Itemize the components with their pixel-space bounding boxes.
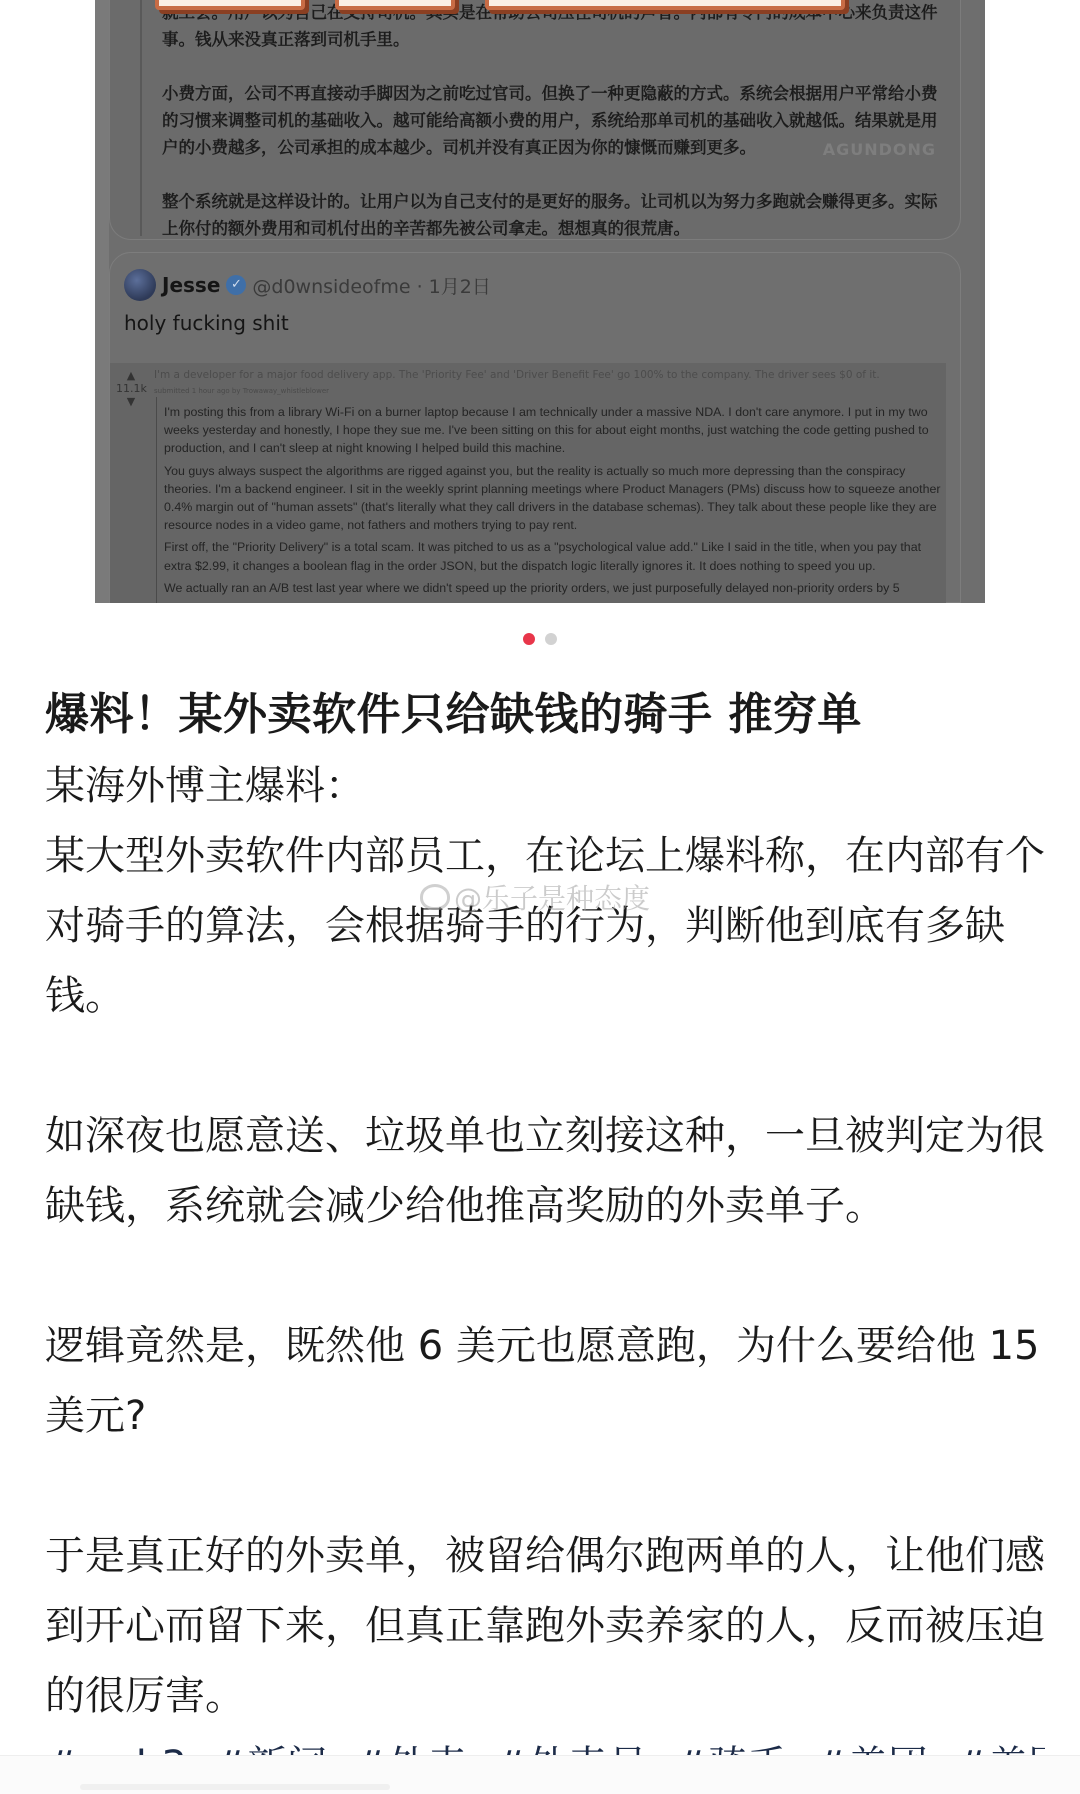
post-intro: 某海外博主爆料： [45,751,1045,821]
post-paragraph: 如深夜也愿意送、垃圾单也立刻接这种，一旦被判定为很缺钱，系统就会减少给他推高奖励… [45,1101,1045,1241]
watermark-text: @乐子是种态度 [454,877,650,917]
reddit-post-meta: submitted 1 hour ago by Trowaway_whistle… [154,387,329,395]
quote-paragraph: 整个系统就是这样设计的。让用户以为自己支付的是更好的服务。让司机以为努力多跑就会… [162,188,952,242]
image-watermark: AGUNDONG [823,140,936,159]
page-dot-active[interactable] [523,633,535,645]
tweet-header: Jesse ✓ @d0wnsideofme · 1月2日 [124,269,491,301]
caption-block [155,0,305,10]
page-dot[interactable] [545,633,557,645]
weibo-watermark: @乐子是种态度 [420,877,650,917]
caption-block [485,0,845,10]
post-content: 爆料！某外卖软件只给缺钱的骑手 推穷单 某海外博主爆料： 某大型外卖软件内部员工… [45,685,1045,1791]
tweet-card: Jesse ✓ @d0wnsideofme · 1月2日 holy fuckin… [109,252,961,603]
reddit-paragraph: You guys always suspect the algorithms a… [164,462,944,535]
avatar [124,269,156,301]
image-edge [95,0,109,603]
upvote-arrow-icon: ▲ [116,369,146,382]
weibo-logo-icon [420,884,450,910]
carousel-pagination [0,633,1080,645]
tweet-author-name: Jesse [162,273,220,297]
vote-count: 11.1k [116,382,146,395]
caption-block [335,0,455,10]
bottom-bar [0,1755,1080,1794]
reddit-post-screenshot: ▲ 11.1k ▼ I'm a developer for a major fo… [110,363,946,603]
post-image-carousel[interactable]: 就工会。用户以为自己在支持司机。其实是在帮助公司压住司机的声音。内部有专门的成本… [95,0,985,603]
verified-badge-icon: ✓ [226,275,246,295]
reddit-body-bar [156,397,157,603]
post-paragraph: 某大型外卖软件内部员工，在论坛上爆料称，在内部有个对骑手的算法，会根据骑手的行为… [45,821,1045,1031]
reddit-post-body: I'm posting this from a library Wi-Fi on… [164,403,944,601]
reddit-paragraph: I'm posting this from a library Wi-Fi on… [164,403,944,458]
bottom-placeholder [80,1784,390,1790]
quote-bar [140,0,142,236]
reddit-paragraph: First off, the "Priority Delivery" is a … [164,538,944,574]
post-paragraph: 于是真正好的外卖单，被留给偶尔跑两单的人，让他们感到开心而留下来，但真正靠跑外卖… [45,1521,1045,1731]
post-title: 爆料！某外卖软件只给缺钱的骑手 推穷单 [45,685,1045,745]
image-caption-banner [155,0,955,12]
post-paragraph: 逻辑竟然是，既然他 6 美元也愿意跑，为什么要给他 15 美元? [45,1311,1045,1451]
reddit-post-title: I'm a developer for a major food deliver… [154,369,880,381]
tweet-handle-date: @d0wnsideofme · 1月2日 [252,272,490,299]
quoted-translation-card: 就工会。用户以为自己在支持司机。其实是在帮助公司压住司机的声音。内部有专门的成本… [109,0,961,240]
vote-widget: ▲ 11.1k ▼ [116,369,146,408]
tweet-text: holy fucking shit [124,311,289,335]
reddit-paragraph: We actually ran an A/B test last year wh… [164,579,944,597]
downvote-arrow-icon: ▼ [116,395,146,408]
